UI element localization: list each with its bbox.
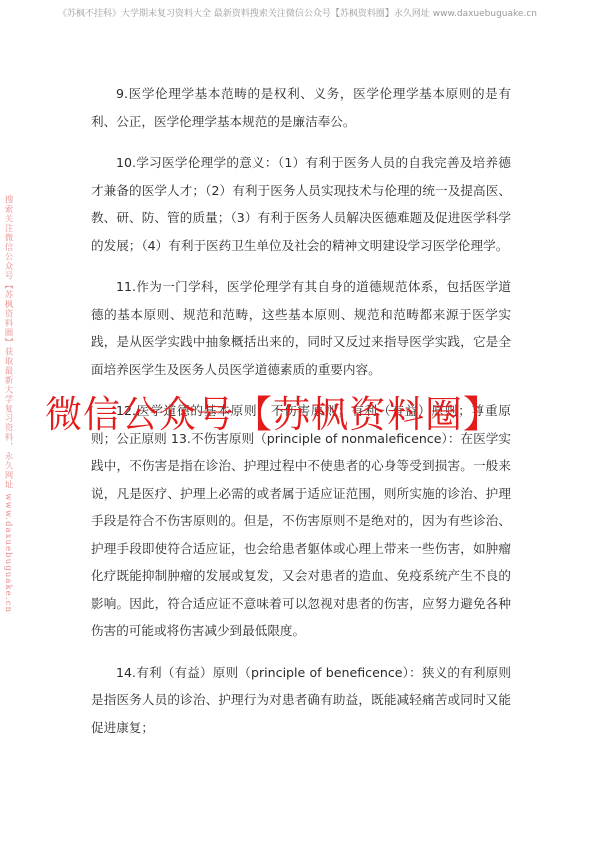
side-banner: 搜索关注微信公众号【苏枫资料圈】获取最新大学复习资料，永久网址 www.daxu… [3, 195, 15, 613]
paragraph-14: 14.有利（有益）原则（principle of beneficence）：狭义… [91, 659, 511, 742]
watermark-overlay: 微信公众号【苏枫资料圈】 [45, 393, 501, 437]
paragraph-11: 11.作为一门学科，医学伦理学有其自身的道德规范体系，包括医学道德的基本原则、规… [91, 273, 511, 383]
paragraph-10: 10.学习医学伦理学的意义：（1）有利于医务人员的自我完善及培养德才兼备的医学人… [91, 149, 511, 259]
page-header-banner: 《苏枫不挂科》大学期末复习资料大全 最新资料搜索关注微信公众号【苏枫资料圈】永久… [0, 6, 595, 19]
paragraph-9: 9.医学伦理学基本范畴的是权利、义务，医学伦理学基本原则的是有利、公正，医学伦理… [91, 80, 511, 135]
